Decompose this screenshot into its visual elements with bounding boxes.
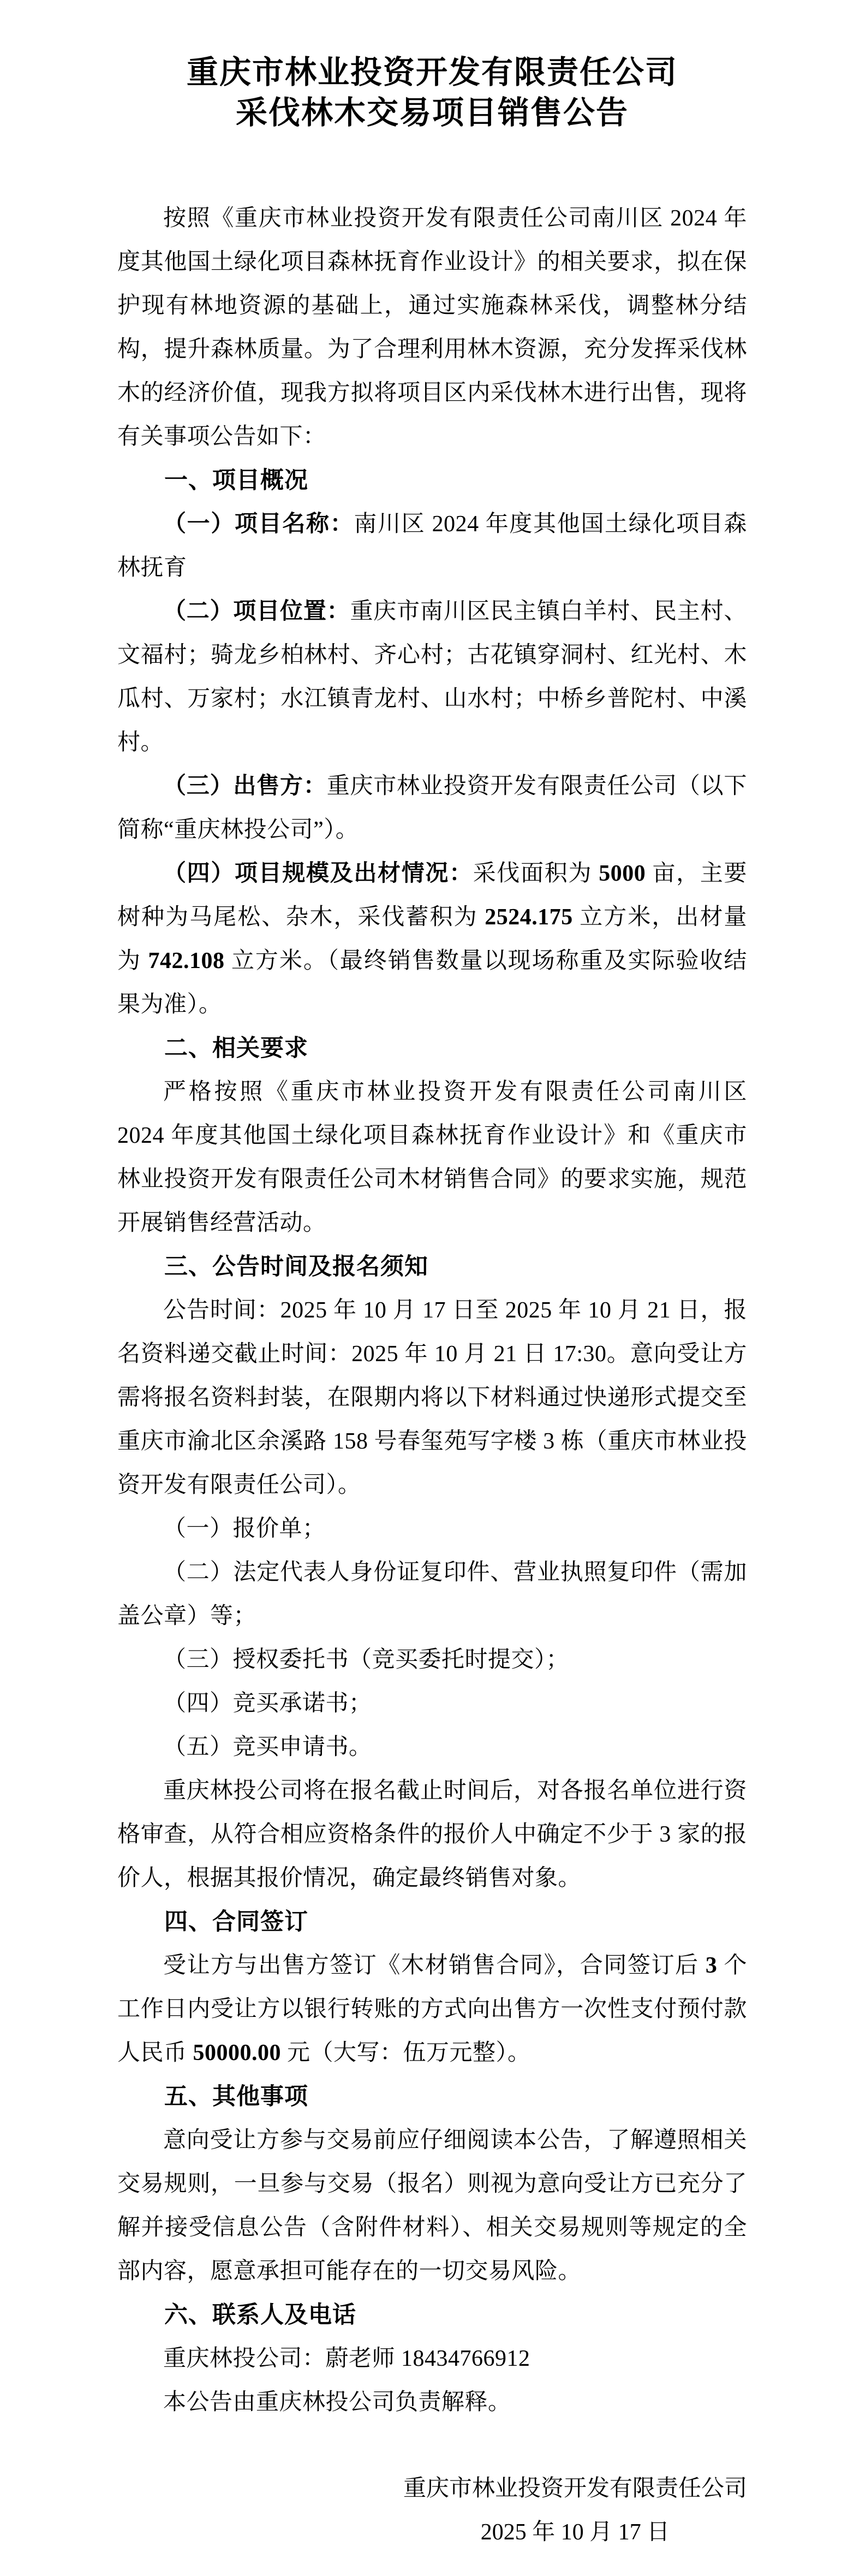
material-item-bid-commitment: （四）竞买承诺书； (117, 1682, 747, 1725)
signature-inner: 重庆市林业投资开发有限责任公司 2025 年 10 月 17 日 (403, 2467, 747, 2554)
material-item-bid-application: （五）竞买申请书。 (117, 1725, 747, 1769)
signature-company: 重庆市林业投资开发有限责任公司 (403, 2467, 747, 2510)
signature-block: 重庆市林业投资开发有限责任公司 2025 年 10 月 17 日 (117, 2467, 747, 2554)
intro-paragraph: 按照《重庆市林业投资开发有限责任公司南川区 2024 年度其他国土绿化项目森林抚… (117, 197, 747, 459)
working-days-value: 3 (706, 1953, 718, 1978)
item-project-location-label: （二）项目位置： (163, 599, 350, 624)
section-5-heading-other-matters: 五、其他事项 (117, 2075, 747, 2118)
document-title: 重庆市林业投资开发有限责任公司 采伐林木交易项目销售公告 (117, 52, 747, 133)
harvest-stock-value: 2524.175 (485, 905, 573, 930)
material-item-quotation: （一）报价单； (117, 1507, 747, 1551)
requirements-paragraph: 严格按照《重庆市林业投资开发有限责任公司南川区 2024 年度其他国土绿化项目森… (117, 1070, 747, 1245)
document-title-line-1: 重庆市林业投资开发有限责任公司 (117, 52, 747, 93)
item-project-scale: （四）项目规模及出材情况：采伐面积为 5000 亩，主要树种为马尾松、杂木，采伐… (117, 852, 747, 1026)
other-matters-paragraph: 意向受让方参与交易前应仔细阅读本公告，了解遵照相关交易规则，一旦参与交易（报名）… (117, 2118, 747, 2293)
section-6-heading-contact: 六、联系人及电话 (117, 2293, 747, 2337)
interpretation-note-line: 本公告由重庆林投公司负责解释。 (117, 2381, 747, 2424)
harvest-area-value: 5000 (599, 861, 646, 886)
item-seller-label: （三）出售方： (163, 774, 327, 799)
section-4-heading-contract-signing: 四、合同签订 (117, 1900, 747, 1944)
item-seller: （三）出售方：重庆市林业投资开发有限责任公司（以下简称“重庆林投公司”）。 (117, 764, 747, 852)
contact-info-line: 重庆林投公司：蔚老师 18434766912 (117, 2337, 747, 2381)
contract-seg-3: 元（大写：伍万元整）。 (281, 2040, 531, 2065)
material-item-id-license-copies: （二）法定代表人身份证复印件、营业执照复印件（需加盖公章）等； (117, 1551, 747, 1638)
item-project-name: （一）项目名称：南川区 2024 年度其他国土绿化项目森林抚育 (117, 502, 747, 590)
contract-seg-1: 受让方与出售方签订《木材销售合同》，合同签订后 (163, 1953, 706, 1978)
section-2-heading-requirements: 二、相关要求 (117, 1026, 747, 1070)
contract-signing-paragraph: 受让方与出售方签订《木材销售合同》，合同签订后 3 个工作日内受让方以银行转账的… (117, 1944, 747, 2075)
section-1-heading-project-overview: 一、项目概况 (117, 459, 747, 502)
qualification-review-paragraph: 重庆林投公司将在报名截止时间后，对各报名单位进行资格审查，从符合相应资格条件的报… (117, 1769, 747, 1900)
sales-announcement-document: 重庆市林业投资开发有限责任公司 采伐林木交易项目销售公告 按照《重庆市林业投资开… (117, 52, 747, 2554)
document-title-line-2: 采伐林木交易项目销售公告 (117, 93, 747, 133)
material-item-power-of-attorney: （三）授权委托书（竞买委托时提交）； (117, 1638, 747, 1682)
item-project-scale-label: （四）项目规模及出材情况： (163, 861, 473, 886)
timber-output-value: 742.108 (148, 948, 224, 974)
item-project-name-label: （一）项目名称： (163, 512, 354, 537)
signature-date: 2025 年 10 月 17 日 (403, 2510, 747, 2554)
section-3-heading-announcement-time: 三、公告时间及报名须知 (117, 1245, 747, 1289)
announcement-time-paragraph: 公告时间：2025 年 10 月 17 日至 2025 年 10 月 21 日，… (117, 1289, 747, 1507)
item-project-location: （二）项目位置：重庆市南川区民主镇白羊村、民主村、文福村；骑龙乡柏林村、齐心村；… (117, 590, 747, 764)
prepayment-amount-value: 50000.00 (193, 2040, 282, 2065)
item-project-scale-seg-1: 采伐面积为 (473, 861, 599, 886)
